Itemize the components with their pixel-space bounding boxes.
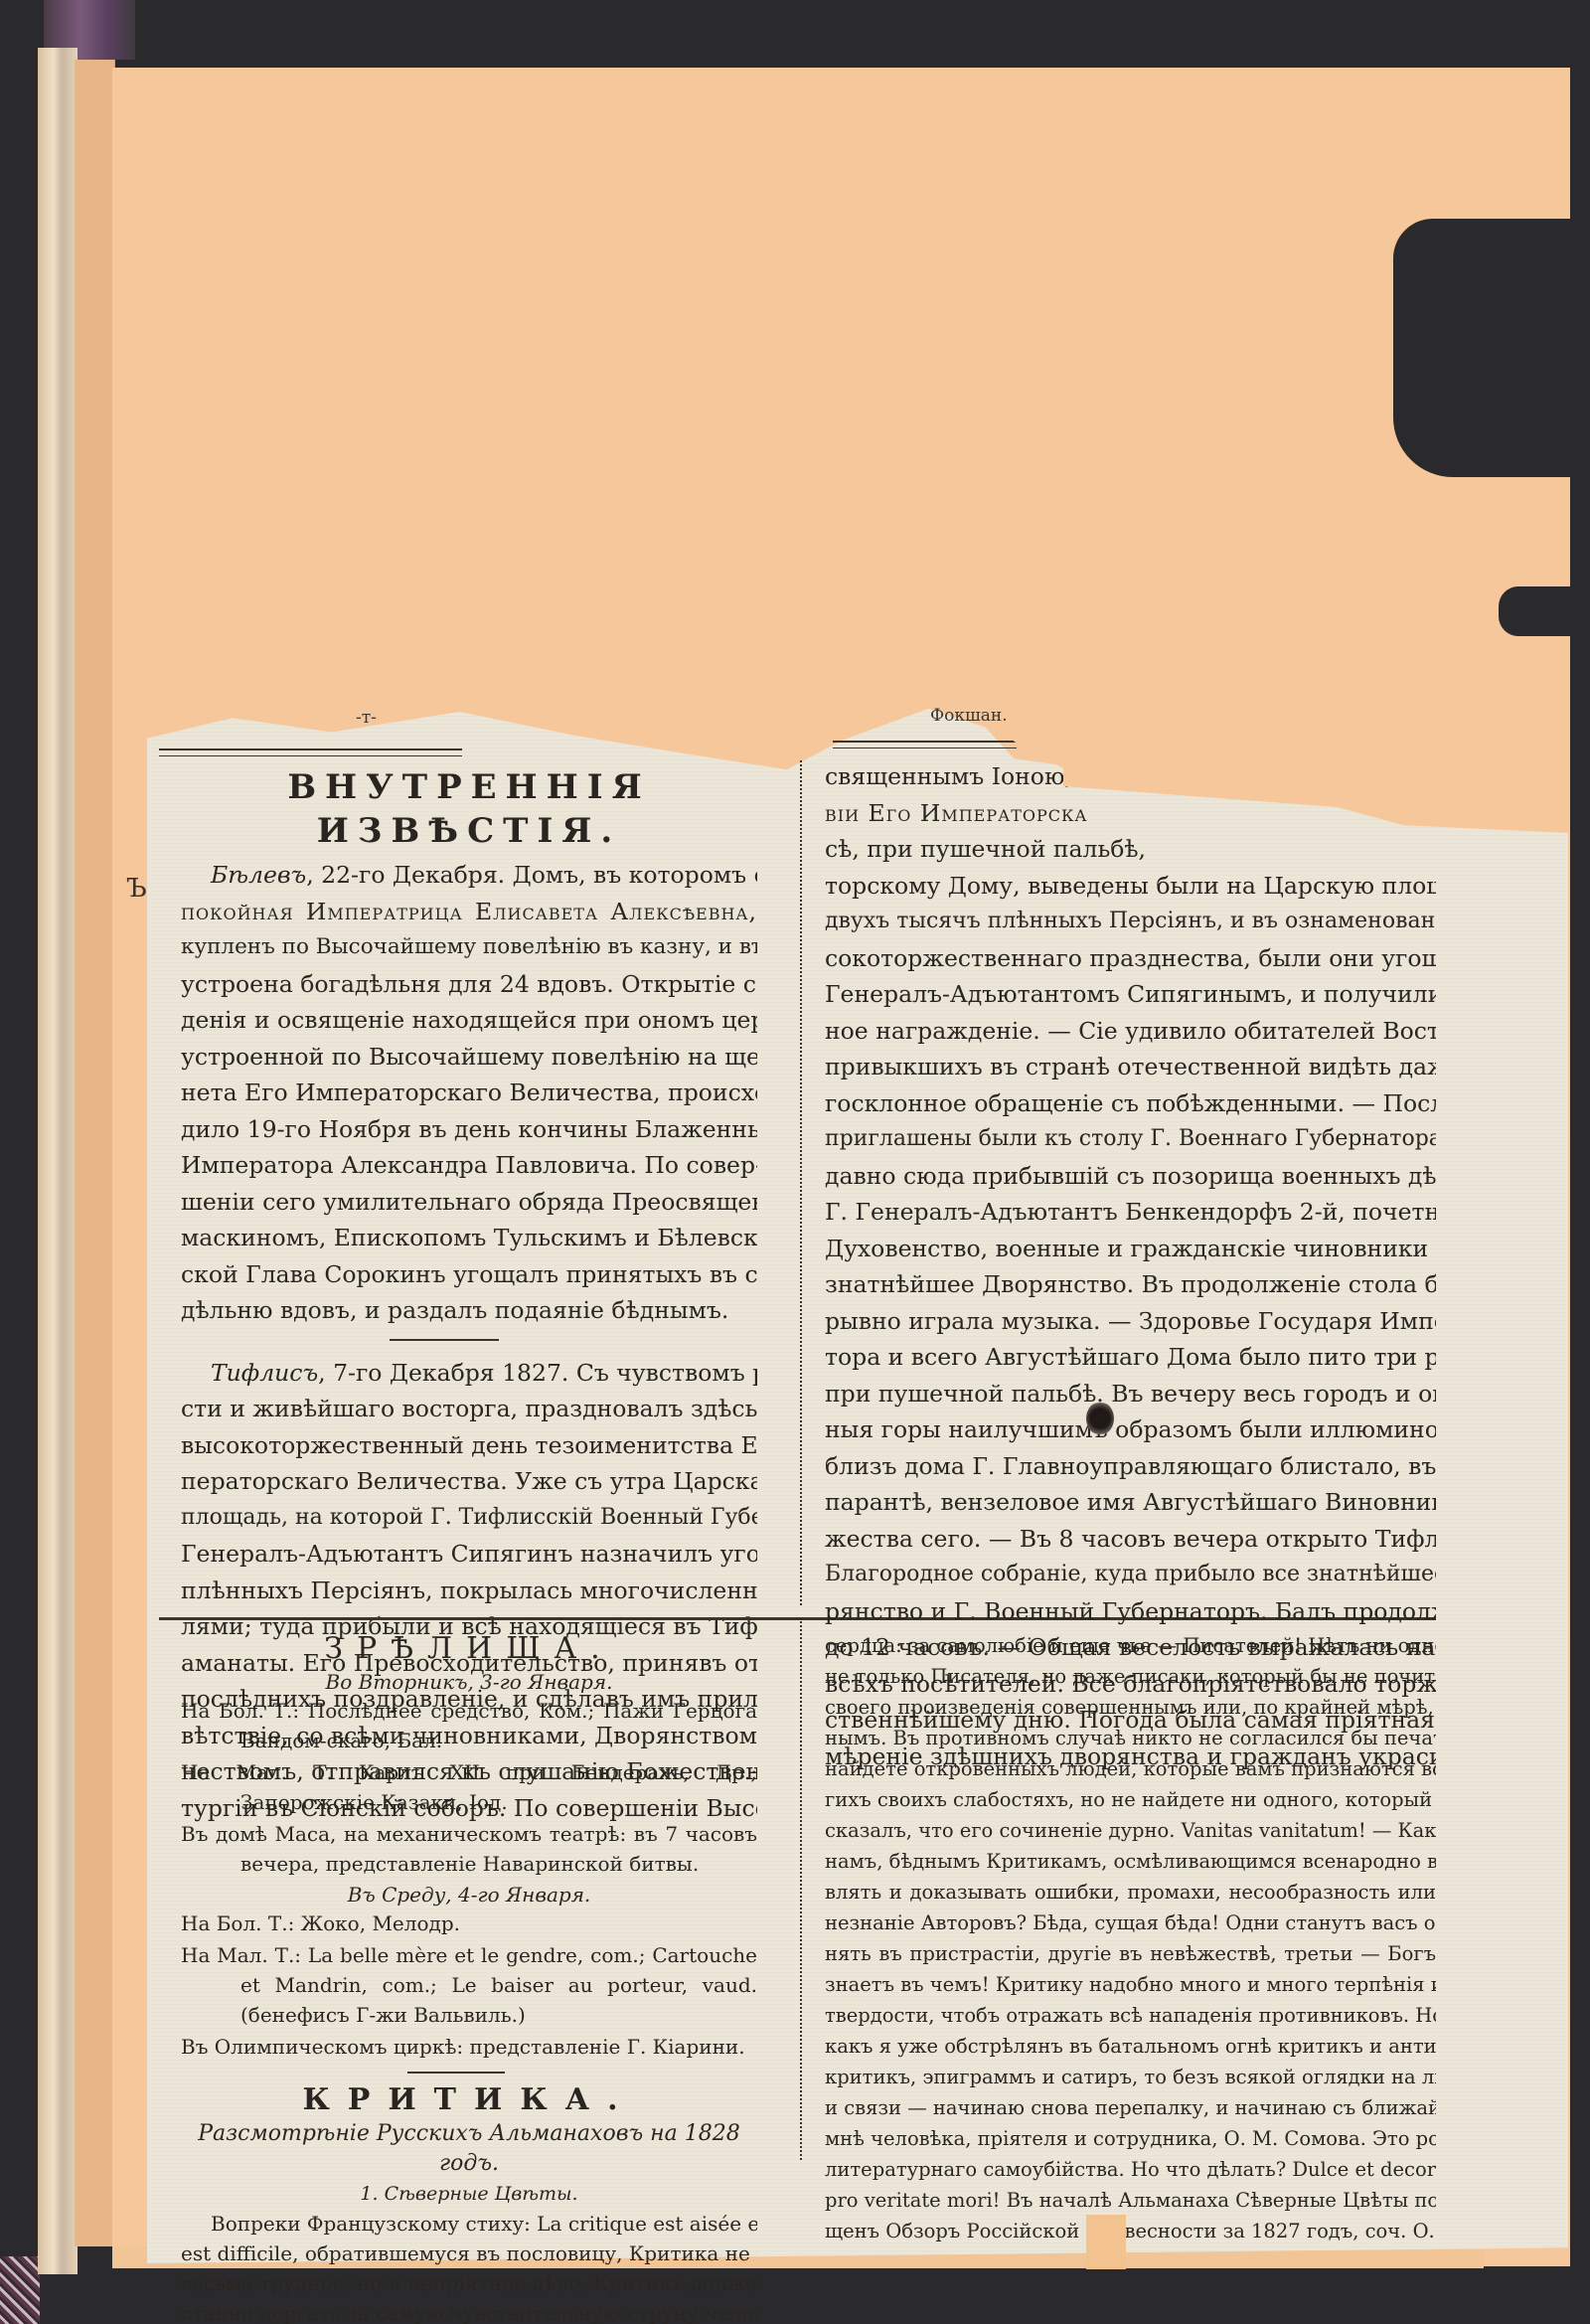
article-line: близъ дома Г. Главноуправляющаго блистал… (825, 1448, 1436, 1485)
article-line: привыкшихъ въ странѣ отечественной видѣт… (825, 1049, 1436, 1085)
right-column-lower: сердца: за самолюбіе и еще чье — Писател… (825, 1630, 1436, 2246)
header-rule-right-2 (833, 747, 1017, 748)
section-divider (407, 2072, 505, 2074)
article-line: рывно играла музыка. — Здоровье Государя… (825, 1303, 1436, 1340)
torn-hole-right (1393, 219, 1590, 477)
spectacle-entry: На Бол. Т.: Жоко, Мелодр. (181, 1909, 757, 1938)
header-rule-left-2 (159, 755, 462, 756)
torn-hole-right-lower (1499, 586, 1570, 636)
article-line: своего произведенія совершеннымъ или, по… (825, 1692, 1436, 1723)
article-line: весьма трудное, но и непріятное дѣло. Кр… (181, 2268, 757, 2298)
article-line: ской Глава Сорокинъ угощалъ принятыхъ въ… (181, 1256, 757, 1293)
article-line: маскиномъ, Епископомъ Тульскимъ и Бѣлевс… (181, 1220, 757, 1256)
article-line: Г. Генералъ-Адъютантъ Бенкендорфъ 2-й, п… (825, 1194, 1436, 1231)
dateline-date: , 22-го Декабря. (306, 861, 505, 889)
article-line: Духовенство, военные и гражданскіе чинов… (825, 1231, 1436, 1267)
torn-edge-right (1570, 60, 1590, 2324)
article-line: и связи — начинаю снова перепалку, и нач… (825, 2092, 1436, 2123)
article-line: щенъ Обзоръ Россійской Словесности за 18… (825, 2216, 1436, 2246)
article-line: гихъ своихъ слабостяхъ, но не найдете ни… (825, 1784, 1436, 1815)
article-line: нять въ пристрастіи, другіе въ невѣжеств… (825, 1938, 1436, 1969)
article-line: приглашены были къ столу Г. Военнаго Губ… (825, 1121, 1436, 1158)
article-line: давно сюда прибывшій съ позорища военных… (825, 1158, 1436, 1195)
article-line: госклонное обращеніе съ побѣжденными. — … (825, 1085, 1436, 1122)
article-line: намъ, бѣднымъ Критикамъ, осмѣливающимся … (825, 1846, 1436, 1877)
article-line: Генералъ-Адъютантомъ Сипягинымъ, и получ… (825, 976, 1436, 1013)
spectacles-day1: Во Вторникъ, 3-го Января. (181, 1668, 757, 1696)
critique-item-title: 1. Сѣверные Цвѣты. (181, 2179, 757, 2209)
critique-text: Вопреки Французскому стиху: La critique … (181, 2209, 757, 2324)
article-line: двухъ тысячъ плѣнныхъ Персіянъ, и въ озн… (825, 904, 1436, 940)
article-line: Вопреки Французскому стиху: La critique … (181, 2209, 757, 2239)
article-line: устроена богадѣльня для 24 вдовъ. Открыт… (181, 966, 757, 1003)
article-line: критикъ, эпиграммъ и сатиръ, то безъ вся… (825, 2062, 1436, 2092)
spectacles-list-day1: На Бол. Т.: Послѣднее средство, Ком.; Па… (181, 1696, 757, 1879)
section-title-spectacles: ЗРѢЛИЩА. (181, 1630, 757, 1668)
article-line: ное награжденіе. — Сіе удивило обитателе… (825, 1013, 1436, 1050)
column-separator-lower (800, 1618, 802, 2160)
article-line: рянство и Г. Военный Губернаторъ. Балъ п… (825, 1593, 1436, 1630)
right-column-upper: священнымъ Іоною, Эк віи Его Императорск… (825, 758, 1436, 1774)
article-line: мнѣ человѣка, пріятеля и сотрудника, О. … (825, 2123, 1436, 2154)
article-line: дило 19-го Ноября въ день кончины Блажен… (181, 1111, 757, 1148)
article-line: парантѣ, вензеловое имя Августѣйшаго Вин… (825, 1484, 1436, 1521)
spectacle-entry: Въ Олимпическомъ циркѣ: представленіе Г.… (181, 2032, 757, 2062)
spectacle-entry: Въ домѣ Маса, на механическомъ театрѣ: в… (181, 1819, 757, 1879)
paper-repair-patch (1086, 2215, 1126, 2269)
article-line: при пушечной пальбѣ. Въ вечеру весь горо… (825, 1376, 1436, 1412)
dateline-date: , 7-го Декабря 1827. (318, 1359, 568, 1387)
header-rule-left (159, 748, 462, 750)
spine-paper-strip (75, 60, 115, 2246)
torn-header-fragment-left: -т- (356, 708, 377, 728)
dateline-place: Бѣлевъ (211, 861, 306, 889)
article-line: шеніи сего умилительнаго обряда Преосвящ… (181, 1184, 757, 1221)
article-line: покойная Императрица Елисавета Алексѣевн… (181, 894, 757, 930)
article-line: литературнаго самоубійства. Но что дѣлат… (825, 2154, 1436, 2185)
left-column-lower: ЗРѢЛИЩА. Во Вторникъ, 3-го Января. На Бо… (181, 1630, 757, 2324)
article-line: купленъ по Высочайшему повелѣнію въ казн… (181, 929, 757, 966)
article-line: высокоторжественный день тезоименитства … (181, 1427, 757, 1464)
section-title-internal-news: ВНУТРЕННІЯ ИЗВѢСТІЯ. (181, 765, 757, 853)
article-divider (390, 1339, 499, 1341)
article-line: найдете откровенныхъ людей, которые вамъ… (825, 1753, 1436, 1784)
critique-subtitle: Разсмотрѣніе Русскихъ Альманаховъ на 182… (181, 2119, 757, 2179)
article-line: сти и живѣйшаго восторга, праздновалъ зд… (181, 1391, 757, 1427)
spectacle-entry: На Мал. Т. Карлъ XII при Бендерахъ, Др.;… (181, 1757, 757, 1817)
article-line: est difficile, обратившемуся въ пословиц… (181, 2239, 757, 2268)
article-line: влять и доказывать ошибки, промахи, несо… (825, 1877, 1436, 1908)
spectacle-entry: На Мал. Т.: La belle mère et le gendre, … (181, 1940, 757, 2030)
article-line: не только Писателя, но даже писаки, кото… (825, 1661, 1436, 1692)
article-line: сердца: за самолюбіе и еще чье — Писател… (825, 1630, 1436, 1661)
spectacle-entry: На Бол. Т.: Послѣднее средство, Ком.; Па… (181, 1696, 757, 1755)
ink-stain (1086, 1402, 1114, 1435)
section-title-critique: КРИТИКА. (181, 2081, 757, 2119)
binding-cloth (0, 2256, 40, 2324)
book-spine (38, 48, 78, 2274)
article-line: какъ я уже обстрѣлянъ въ батальномъ огнѣ… (825, 2031, 1436, 2062)
article-line: нымъ. Въ противномъ случаѣ никто не согл… (825, 1723, 1436, 1753)
article-line: сказалъ, что его сочиненіе дурно. Vanita… (825, 1815, 1436, 1846)
article-line: устроенной по Высочайшему повелѣнію на щ… (181, 1039, 757, 1076)
article-line: знаетъ въ чемъ! Критику надобно много и … (825, 1969, 1436, 2000)
article-line: жества сего. — Въ 8 часовъ вечера открыт… (825, 1521, 1436, 1558)
article-belev: Бѣлевъ, 22-го Декабря. Домъ, въ которомъ… (181, 857, 757, 1329)
spectacles-day2: Въ Среду, 4-го Января. (181, 1881, 757, 1909)
torn-header-fragment-right: Фокшан. (930, 706, 1008, 726)
article-line: денія и освященіе находящейся при ономъ … (181, 1002, 757, 1039)
article-line: Благородное собраніе, куда прибыло все з… (825, 1557, 1436, 1593)
margin-glyph: Ъ (126, 874, 147, 904)
header-rule-right (833, 741, 1017, 743)
article-line: pro veritate mori! Въ началѣ Альманаха С… (825, 2185, 1436, 2216)
article-line: Генералъ-Адъютантъ Сипягинъ назначилъ уг… (181, 1536, 757, 1573)
article-line: знатнѣйшее Дворянство. Въ продолженіе ст… (825, 1266, 1436, 1303)
article-line: плѣнныхъ Персіянъ, покрылась многочислен… (181, 1573, 757, 1609)
article-line: тора и всего Августѣйшаго Дома было пито… (825, 1339, 1436, 1376)
article-line: незнаніе Авторовъ? Бѣда, сущая бѣда! Одн… (825, 1908, 1436, 1938)
article-line: нета Его Императорскаго Величества, прои… (181, 1075, 757, 1111)
article-line: Императора Александра Павловича. По сове… (181, 1147, 757, 1184)
dateline-place: Тифлисъ (211, 1359, 318, 1387)
article-line: сокоторжественнаго празднества, были они… (825, 940, 1436, 977)
article-line: торскому Дому, выведены были на Царскую … (825, 868, 1436, 905)
spectacles-list-day2: На Бол. Т.: Жоко, Мелодр. На Мал. Т.: La… (181, 1909, 757, 2062)
article-line: сѣ, при пушечной пальбѣ, (825, 831, 1436, 868)
article-line: твердости, чтобъ отражать всѣ нападенія … (825, 2000, 1436, 2031)
article-line: площадь, на которой Г. Тифлисскій Военны… (181, 1500, 757, 1537)
column-separator-upper (800, 760, 802, 1605)
article-line: станно дергать за самую чувствительную с… (181, 2298, 757, 2324)
article-line: ныя горы наилучшимъ образомъ были иллюми… (825, 1411, 1436, 1448)
article-line: дѣльню вдовъ, и раздалъ подаяніе бѣднымъ… (181, 1292, 757, 1329)
article-line: ператорскаго Величества. Уже съ утра Цар… (181, 1463, 757, 1500)
